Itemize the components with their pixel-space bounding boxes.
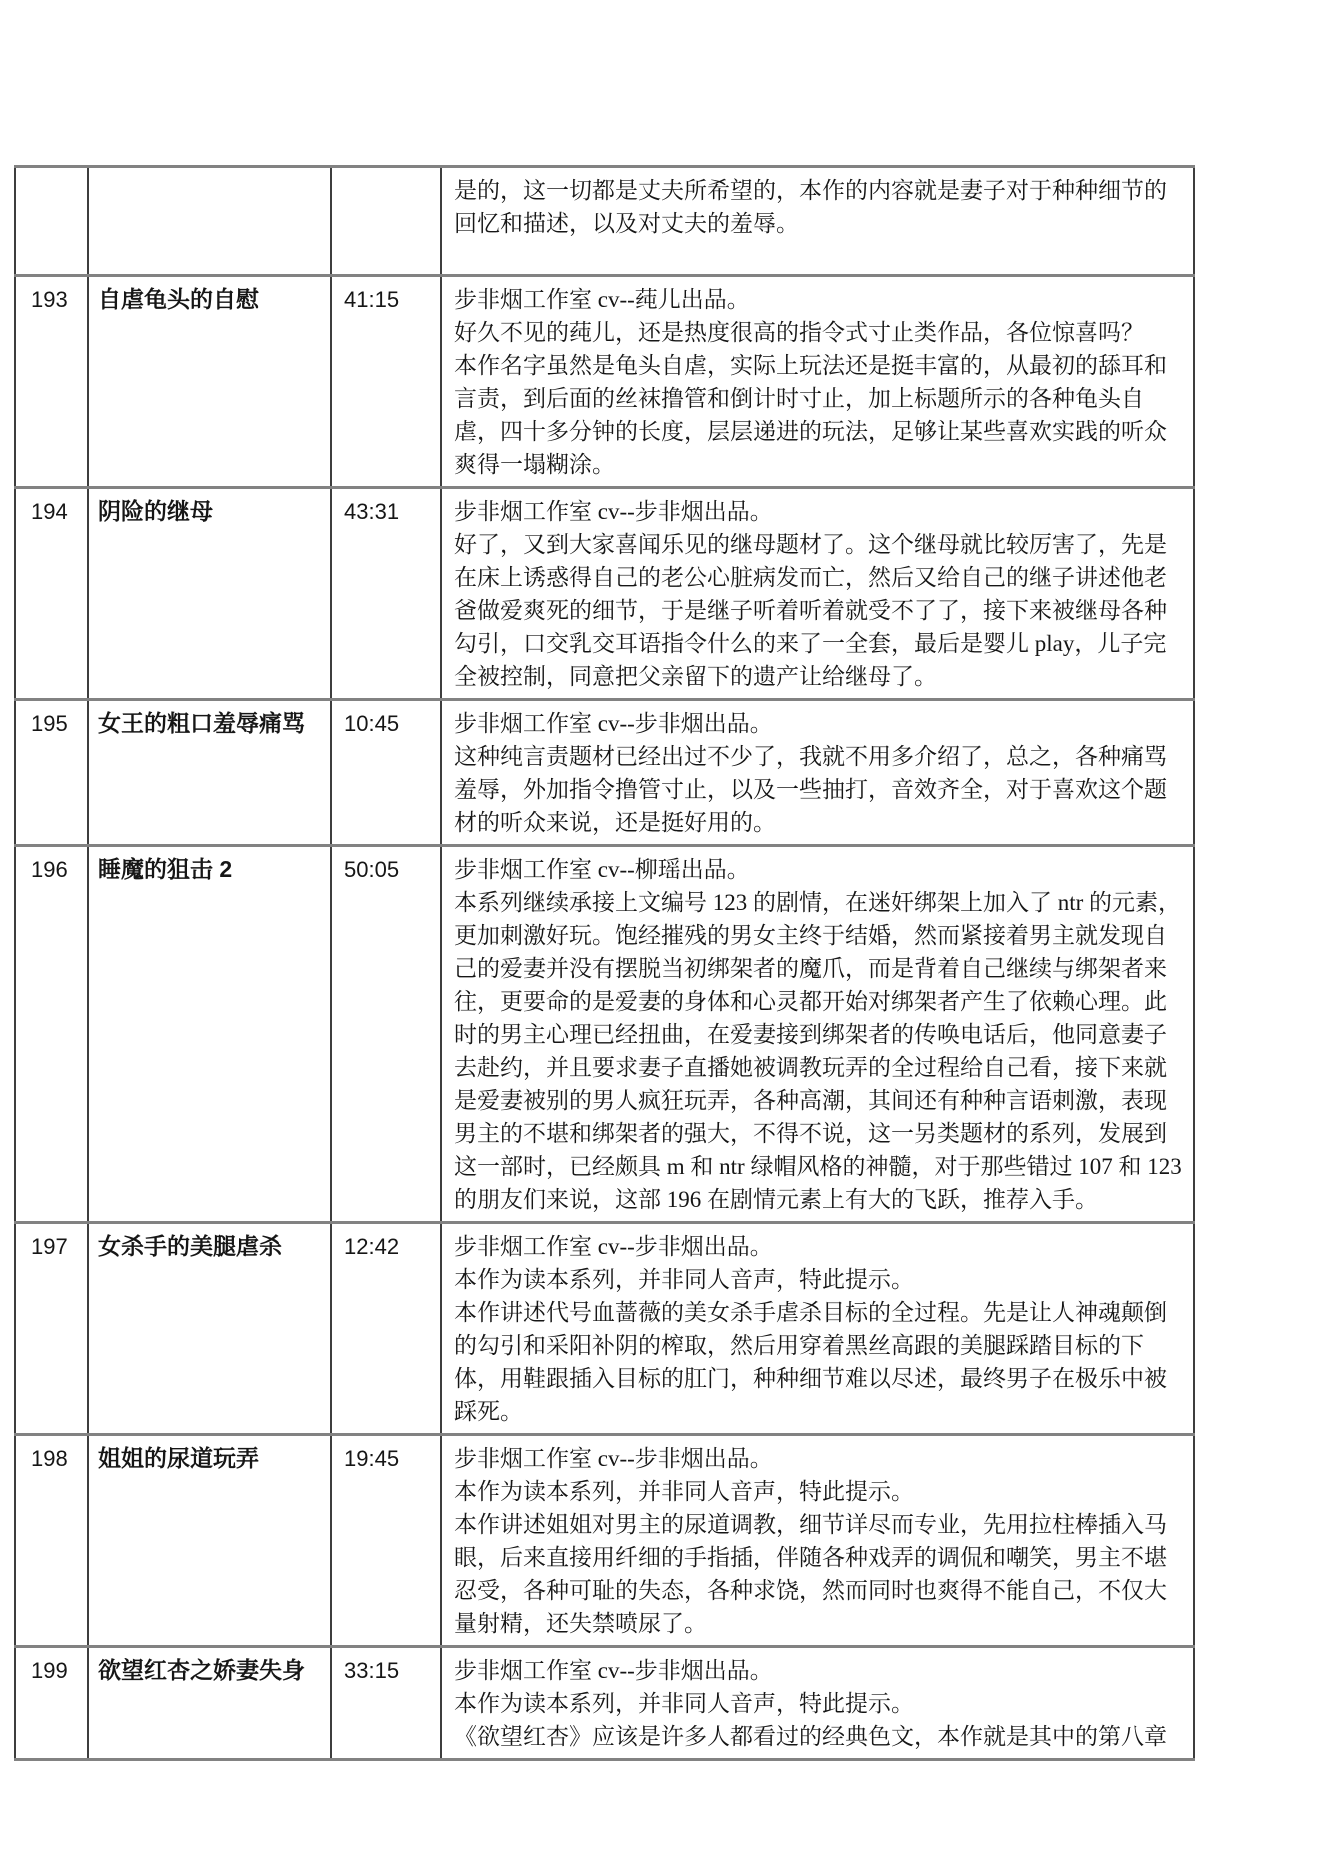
row-title-cell: 睡魔的狙击 2 (88, 846, 331, 1223)
table-row: 195 女王的粗口羞辱痛骂 10:45 步非烟工作室 cv--步非烟出品。 这种… (15, 700, 1194, 846)
row-description: 步非烟工作室 cv--步非烟出品。 本作为读本系列，并非同人音声，特此提示。 《… (442, 1654, 1193, 1753)
row-description: 步非烟工作室 cv--步非烟出品。 好了，又到大家喜闻乐见的继母题材了。这个继母… (442, 495, 1193, 693)
row-title-cell (88, 167, 331, 276)
row-id-cell: 193 (15, 276, 88, 488)
row-description: 步非烟工作室 cv--步非烟出品。 本作为读本系列，并非同人音声，特此提示。 本… (442, 1442, 1193, 1640)
row-id-cell (15, 167, 88, 276)
row-id-cell: 196 (15, 846, 88, 1223)
row-id: 198 (31, 1446, 68, 1471)
table-row-continuation: 是的，这一切都是丈夫所希望的，本作的内容就是妻子对于种种细节的回忆和描述，以及对… (15, 167, 1194, 276)
row-duration: 33:15 (344, 1658, 399, 1683)
row-description: 步非烟工作室 cv--柳瑶出品。 本系列继续承接上文编号 123 的剧情，在迷奸… (442, 853, 1193, 1216)
catalog-table-body: 是的，这一切都是丈夫所希望的，本作的内容就是妻子对于种种细节的回忆和描述，以及对… (15, 167, 1194, 1760)
row-id: 195 (31, 711, 68, 736)
row-title: 欲望红杏之娇妻失身 (98, 1657, 305, 1683)
row-description-cell: 步非烟工作室 cv--步非烟出品。 这种纯言责题材已经出过不少了，我就不用多介绍… (441, 700, 1194, 846)
row-description-cell: 步非烟工作室 cv--步非烟出品。 本作为读本系列，并非同人音声，特此提示。 本… (441, 1435, 1194, 1647)
row-duration: 43:31 (344, 499, 399, 524)
row-id: 194 (31, 499, 68, 524)
row-title-cell: 女王的粗口羞辱痛骂 (88, 700, 331, 846)
row-description: 步非烟工作室 cv--步非烟出品。 这种纯言责题材已经出过不少了，我就不用多介绍… (442, 707, 1193, 839)
row-duration-cell: 50:05 (331, 846, 441, 1223)
row-duration-cell: 33:15 (331, 1647, 441, 1760)
row-id-cell: 194 (15, 488, 88, 700)
row-id-cell: 197 (15, 1223, 88, 1435)
row-duration: 50:05 (344, 857, 399, 882)
row-title-cell: 自虐龟头的自慰 (88, 276, 331, 488)
row-id: 196 (31, 857, 68, 882)
table-row: 196 睡魔的狙击 2 50:05 步非烟工作室 cv--柳瑶出品。 本系列继续… (15, 846, 1194, 1223)
row-title-cell: 阴险的继母 (88, 488, 331, 700)
document-page: 是的，这一切都是丈夫所希望的，本作的内容就是妻子对于种种细节的回忆和描述，以及对… (0, 0, 1323, 1871)
row-title: 阴险的继母 (98, 498, 213, 524)
row-description-cell: 步非烟工作室 cv--柳瑶出品。 本系列继续承接上文编号 123 的剧情，在迷奸… (441, 846, 1194, 1223)
row-description: 步非烟工作室 cv--步非烟出品。 本作为读本系列，并非同人音声，特此提示。 本… (442, 1230, 1193, 1428)
row-id-cell: 198 (15, 1435, 88, 1647)
row-duration-cell: 19:45 (331, 1435, 441, 1647)
table-row: 199 欲望红杏之娇妻失身 33:15 步非烟工作室 cv--步非烟出品。 本作… (15, 1647, 1194, 1760)
row-description-cell: 步非烟工作室 cv--步非烟出品。 本作为读本系列，并非同人音声，特此提示。 《… (441, 1647, 1194, 1760)
row-title-cell: 姐姐的尿道玩弄 (88, 1435, 331, 1647)
row-duration: 10:45 (344, 711, 399, 736)
table-row: 197 女杀手的美腿虐杀 12:42 步非烟工作室 cv--步非烟出品。 本作为… (15, 1223, 1194, 1435)
row-title: 女王的粗口羞辱痛骂 (98, 710, 305, 736)
row-title-cell: 女杀手的美腿虐杀 (88, 1223, 331, 1435)
row-description-cell: 步非烟工作室 cv--莼儿出品。 好久不见的莼儿，还是热度很高的指令式寸止类作品… (441, 276, 1194, 488)
row-id-cell: 195 (15, 700, 88, 846)
row-description: 步非烟工作室 cv--莼儿出品。 好久不见的莼儿，还是热度很高的指令式寸止类作品… (442, 283, 1193, 481)
row-duration-cell: 43:31 (331, 488, 441, 700)
row-description-cell: 步非烟工作室 cv--步非烟出品。 本作为读本系列，并非同人音声，特此提示。 本… (441, 1223, 1194, 1435)
table-row: 194 阴险的继母 43:31 步非烟工作室 cv--步非烟出品。 好了，又到大… (15, 488, 1194, 700)
row-title: 女杀手的美腿虐杀 (98, 1233, 282, 1259)
row-duration: 19:45 (344, 1446, 399, 1471)
table-row: 198 姐姐的尿道玩弄 19:45 步非烟工作室 cv--步非烟出品。 本作为读… (15, 1435, 1194, 1647)
row-title: 自虐龟头的自慰 (98, 286, 259, 312)
table-row: 193 自虐龟头的自慰 41:15 步非烟工作室 cv--莼儿出品。 好久不见的… (15, 276, 1194, 488)
row-id: 193 (31, 287, 68, 312)
catalog-table: 是的，这一切都是丈夫所希望的，本作的内容就是妻子对于种种细节的回忆和描述，以及对… (14, 165, 1195, 1761)
row-title: 睡魔的狙击 2 (98, 856, 232, 882)
row-duration-cell: 12:42 (331, 1223, 441, 1435)
row-duration: 41:15 (344, 287, 399, 312)
row-id: 197 (31, 1234, 68, 1259)
row-id: 199 (31, 1658, 68, 1683)
row-duration: 12:42 (344, 1234, 399, 1259)
row-description-cell: 步非烟工作室 cv--步非烟出品。 好了，又到大家喜闻乐见的继母题材了。这个继母… (441, 488, 1194, 700)
row-duration-cell (331, 167, 441, 276)
row-title-cell: 欲望红杏之娇妻失身 (88, 1647, 331, 1760)
row-duration-cell: 41:15 (331, 276, 441, 488)
row-id-cell: 199 (15, 1647, 88, 1760)
row-description: 是的，这一切都是丈夫所希望的，本作的内容就是妻子对于种种细节的回忆和描述，以及对… (442, 174, 1193, 240)
row-title: 姐姐的尿道玩弄 (98, 1445, 259, 1471)
row-duration-cell: 10:45 (331, 700, 441, 846)
row-description-cell: 是的，这一切都是丈夫所希望的，本作的内容就是妻子对于种种细节的回忆和描述，以及对… (441, 167, 1194, 276)
